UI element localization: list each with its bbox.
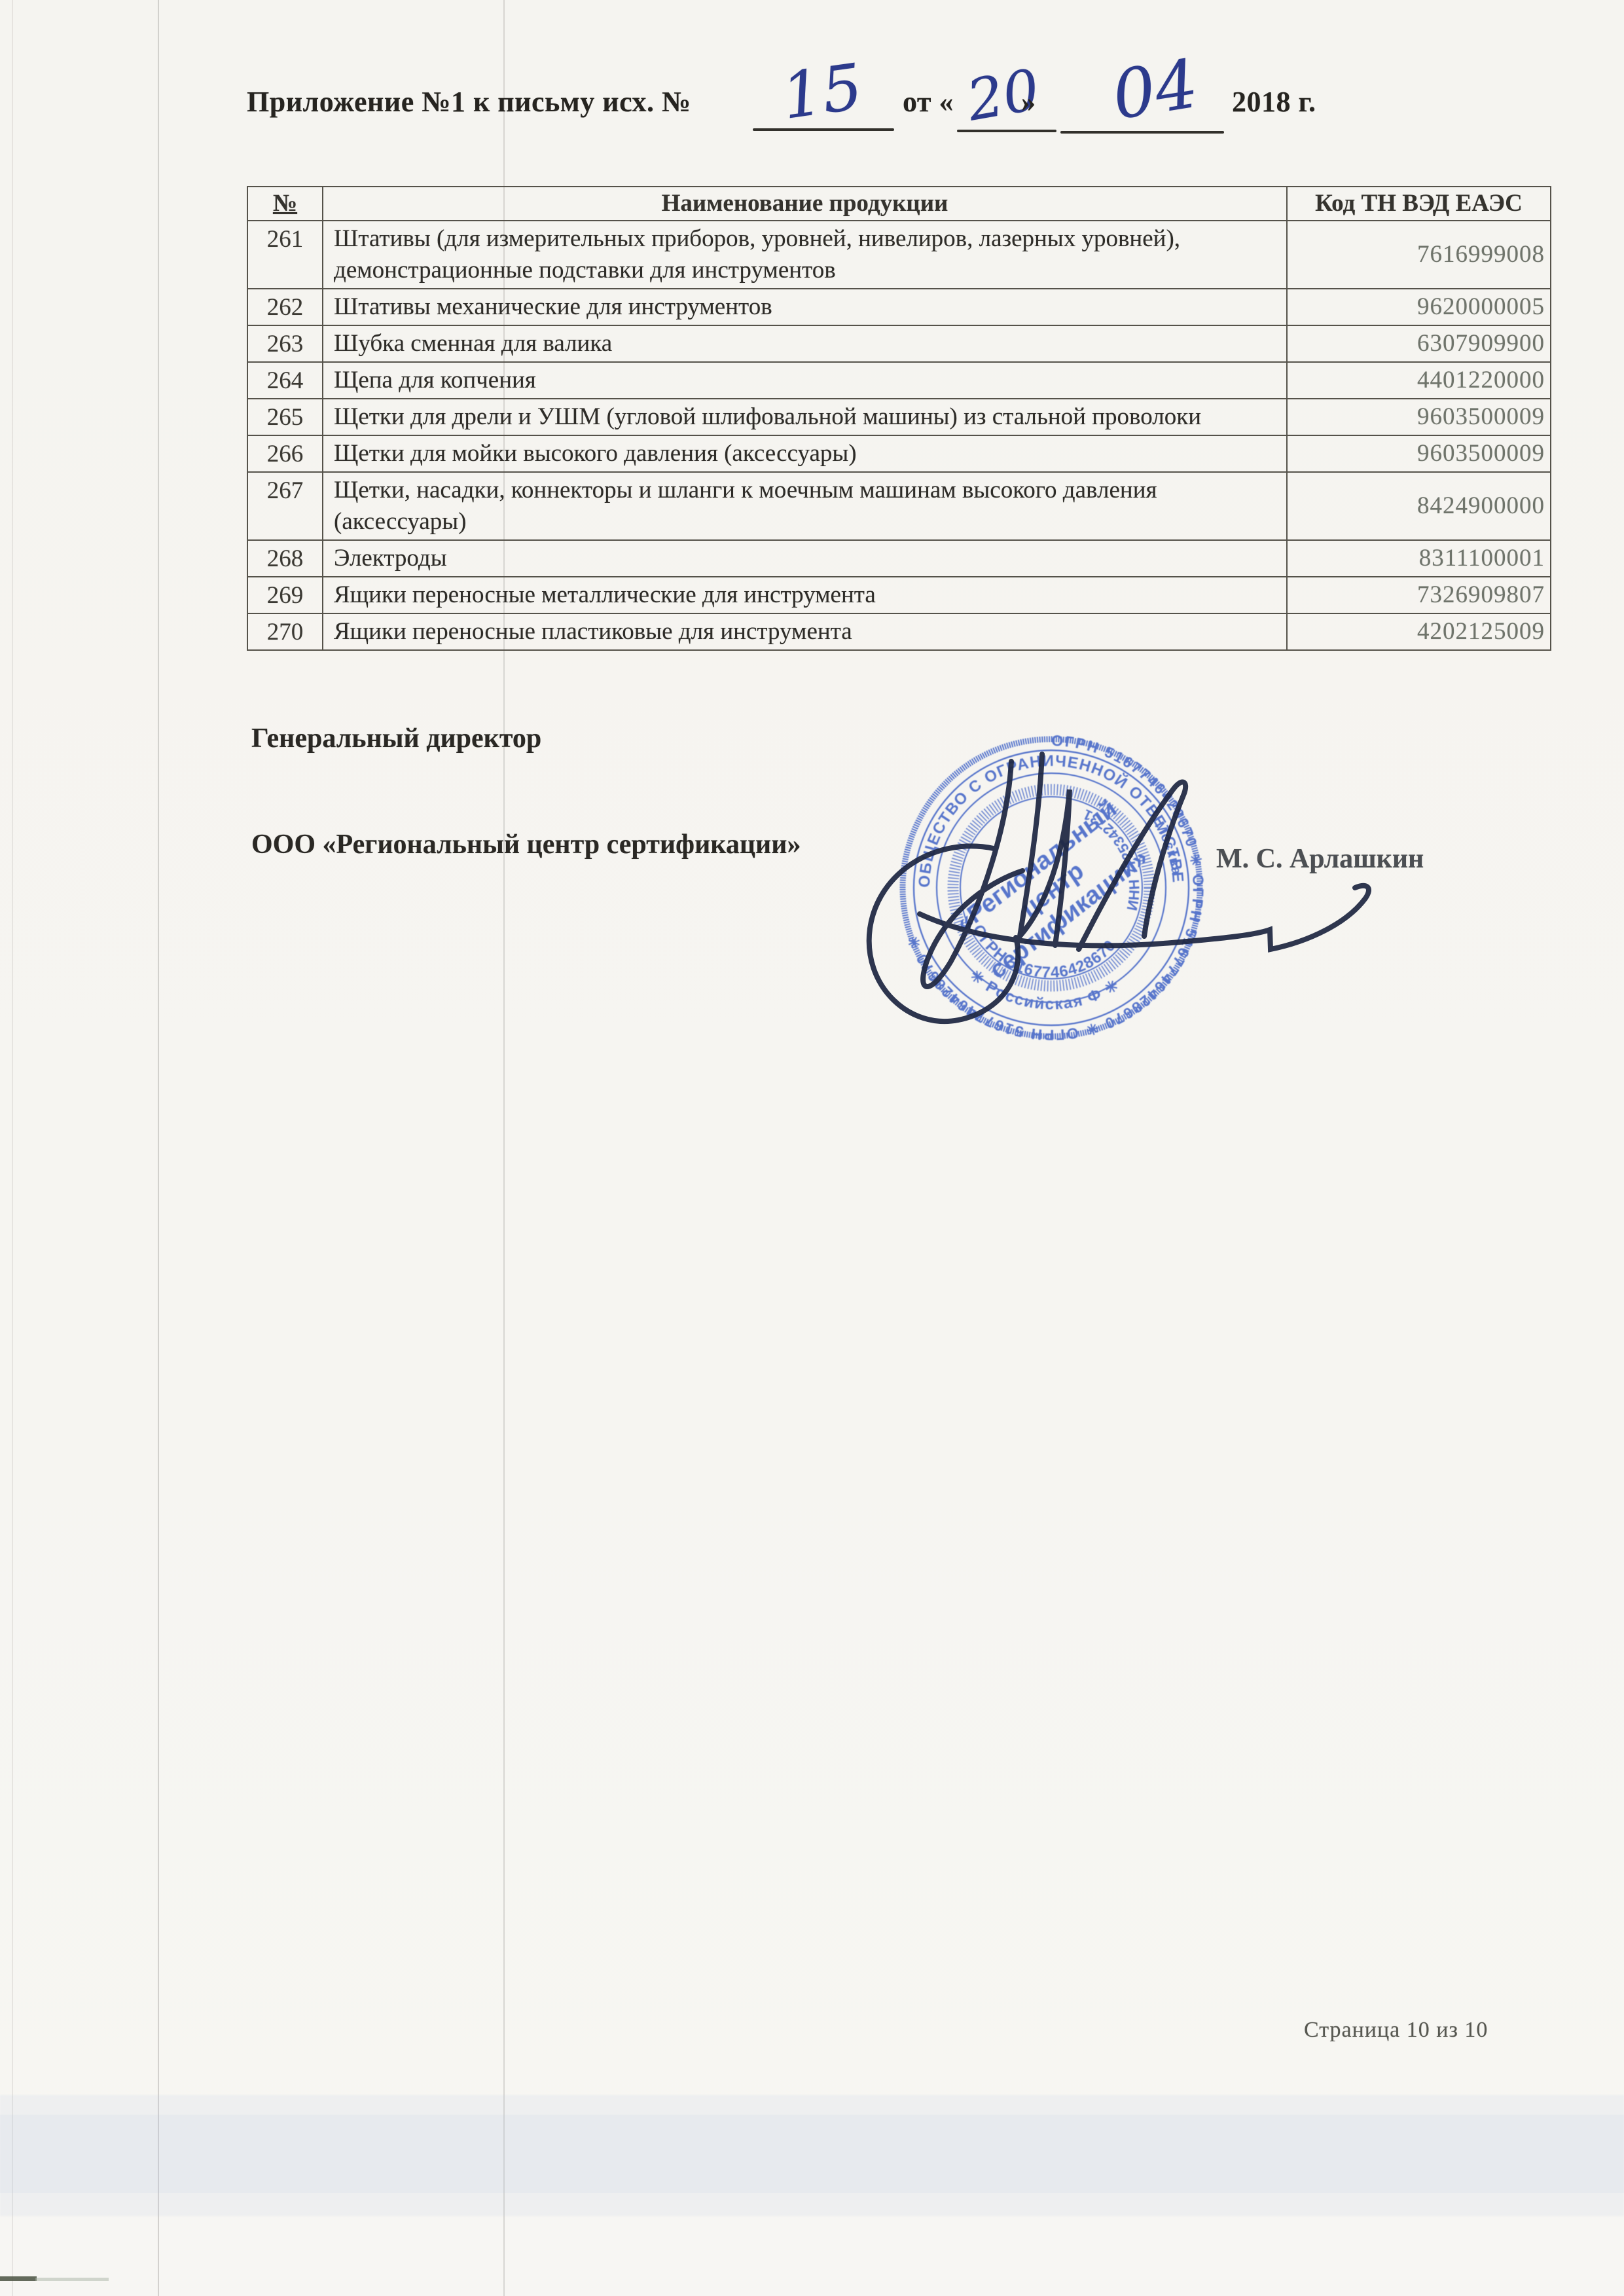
product-name: Ящики переносные металлические для инстр…: [323, 577, 1287, 613]
product-name: Шубка сменная для валика: [323, 325, 1287, 362]
row-number: 267: [247, 472, 323, 540]
table-row: 270 Ящики переносные пластиковые для инс…: [247, 613, 1551, 650]
row-number: 262: [247, 289, 323, 325]
product-name: Щепа для копчения: [323, 362, 1287, 399]
product-code: 8424900000: [1287, 472, 1551, 540]
scanned-page: Приложение №1 к письму исх. № 15 от « 20…: [0, 0, 1624, 2296]
header-quote-close: »: [1021, 85, 1036, 118]
row-number: 270: [247, 613, 323, 650]
blank-underline: [957, 130, 1056, 132]
product-code: 7616999008: [1287, 221, 1551, 289]
scan-edge-mark: [0, 2276, 37, 2281]
column-header-name: Наименование продукции: [323, 187, 1287, 221]
product-code: 9603500009: [1287, 399, 1551, 435]
table-row: 269 Ящики переносные металлические для и…: [247, 577, 1551, 613]
product-code: 9603500009: [1287, 435, 1551, 472]
table-row: 262 Штативы механические для инструменто…: [247, 289, 1551, 325]
table-header-row: № Наименование продукции Код ТН ВЭД ЕАЭС: [247, 187, 1551, 221]
handwritten-month: 04: [1107, 45, 1203, 136]
table-row: 264 Щепа для копчения 4401220000: [247, 362, 1551, 399]
products-table: № Наименование продукции Код ТН ВЭД ЕАЭС…: [247, 186, 1551, 651]
table-row: 263 Шубка сменная для валика 6307909900: [247, 325, 1551, 362]
row-number: 264: [247, 362, 323, 399]
row-number: 268: [247, 540, 323, 577]
table-row: 266 Щетки для мойки высокого давления (а…: [247, 435, 1551, 472]
product-name: Щетки для дрели и УШМ (угловой шлифоваль…: [323, 399, 1287, 435]
header-ot-label: от «: [903, 85, 954, 118]
product-code: 6307909900: [1287, 325, 1551, 362]
scan-artifact-line: [12, 0, 13, 2296]
header-year: 2018 г.: [1232, 85, 1316, 118]
table-row: 265 Щетки для дрели и УШМ (угловой шлифо…: [247, 399, 1551, 435]
company-name: ООО «Региональный центр сертификации»: [251, 829, 801, 860]
table-row: 261 Штативы (для измерительных приборов,…: [247, 221, 1551, 289]
director-signature: [857, 727, 1401, 1054]
product-name: Штативы (для измерительных приборов, уро…: [323, 221, 1287, 289]
row-number: 269: [247, 577, 323, 613]
blank-underline: [753, 128, 894, 131]
product-code: 4401220000: [1287, 362, 1551, 399]
scan-noise-band: [0, 2115, 1624, 2193]
handwritten-letter-number: 15: [778, 50, 867, 134]
blank-underline: [1060, 131, 1224, 134]
product-name: Щетки, насадки, коннекторы и шланги к мо…: [323, 472, 1287, 540]
director-title: Генеральный директор: [251, 723, 541, 754]
row-number: 266: [247, 435, 323, 472]
product-name: Штативы механические для инструментов: [323, 289, 1287, 325]
product-code: 7326909807: [1287, 577, 1551, 613]
table-row: 267 Щетки, насадки, коннекторы и шланги …: [247, 472, 1551, 540]
row-number: 261: [247, 221, 323, 289]
product-name: Электроды: [323, 540, 1287, 577]
page-number-label: Страница 10 из 10: [1304, 2018, 1488, 2043]
header-prefix: Приложение №1 к письму исх. №: [247, 85, 691, 118]
row-number: 265: [247, 399, 323, 435]
product-code: 9620000005: [1287, 289, 1551, 325]
scan-noise-band: [0, 2095, 1624, 2216]
column-header-number: №: [247, 187, 323, 221]
product-name: Щетки для мойки высокого давления (аксес…: [323, 435, 1287, 472]
table-row: 268 Электроды 8311100001: [247, 540, 1551, 577]
column-header-code: Код ТН ВЭД ЕАЭС: [1287, 187, 1551, 221]
scan-artifact-line: [158, 0, 159, 2296]
product-code: 8311100001: [1287, 540, 1551, 577]
scan-edge-mark: [35, 2278, 109, 2281]
row-number: 263: [247, 325, 323, 362]
product-code: 4202125009: [1287, 613, 1551, 650]
product-name: Ящики переносные пластиковые для инструм…: [323, 613, 1287, 650]
